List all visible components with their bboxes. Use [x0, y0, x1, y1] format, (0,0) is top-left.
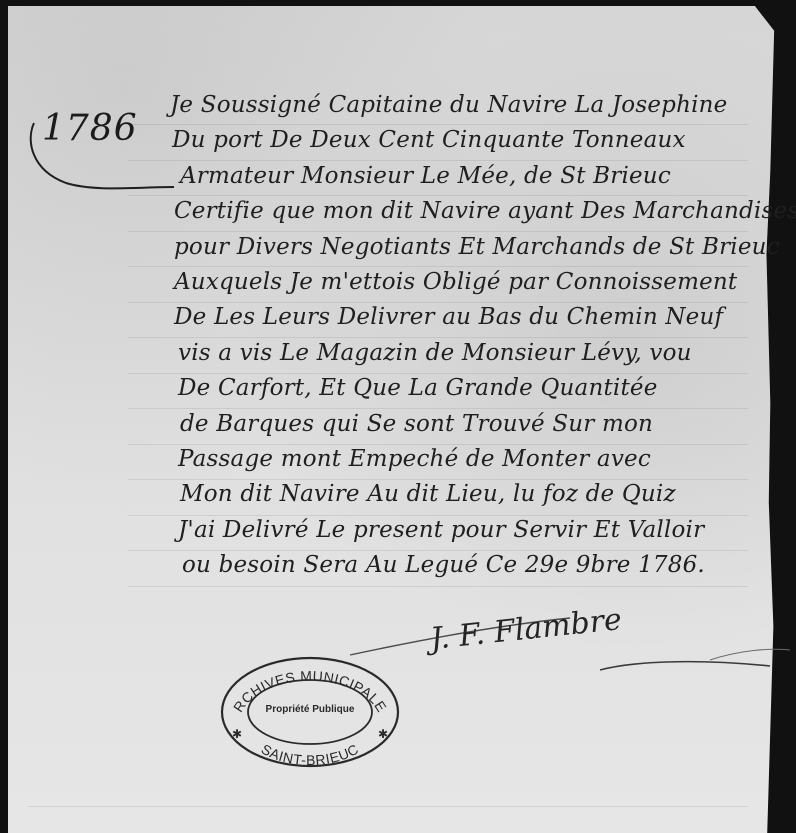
text-line: J'ai Delivré Le present pour Servir Et V… — [170, 513, 770, 548]
text-line: Mon dit Navire Au dit Lieu, lu foz de Qu… — [170, 477, 770, 512]
text-line: Auxquels Je m'ettois Obligé par Connoiss… — [170, 265, 770, 300]
text-line: Je Soussigné Capitaine du Navire La Jose… — [170, 88, 770, 123]
text-line: Armateur Monsieur Le Mée, de St Brieuc — [170, 159, 770, 194]
text-line: de Barques qui Se sont Trouvé Sur mon — [170, 407, 770, 442]
text-line: Certifie que mon dit Navire ayant Des Ma… — [170, 194, 770, 229]
ruled-line — [128, 586, 748, 587]
text-line: De Les Leurs Delivrer au Bas du Chemin N… — [170, 300, 770, 335]
text-line: ou besoin Sera Au Legué Ce 29e 9bre 1786… — [170, 548, 770, 583]
text-line: De Carfort, Et Que La Grande Quantitée — [170, 371, 770, 406]
margin-year: 1786 — [42, 108, 138, 149]
text-line: Passage mont Empeché de Monter avec — [170, 442, 770, 477]
archive-stamp: ARCHIVES MUNICIPALES SAINT-BRIEUC ✱ ✱ Pr… — [218, 654, 402, 770]
certificate-body: Je Soussigné Capitaine du Navire La Jose… — [170, 88, 770, 583]
stamp-center-text: Propriété Publique — [218, 704, 402, 715]
text-line: vis a vis Le Magazin de Monsieur Lévy, v… — [170, 336, 770, 371]
star-ornament-icon: ✱ — [232, 727, 242, 741]
text-line: pour Divers Negotiants Et Marchands de S… — [170, 230, 770, 265]
text-line: Du port De Deux Cent Cinquante Tonneaux — [170, 123, 770, 158]
ruled-line — [28, 806, 748, 807]
star-ornament-icon: ✱ — [378, 727, 388, 741]
